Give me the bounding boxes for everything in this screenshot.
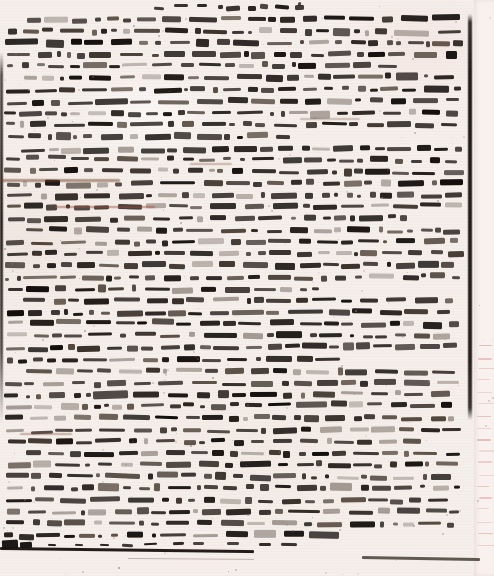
ink-blob <box>158 381 183 386</box>
ink-blob <box>211 438 225 442</box>
margin-bleed-streak <box>479 475 494 476</box>
ink-blob <box>26 286 49 292</box>
ink-blob <box>361 475 367 479</box>
ink-blob <box>77 369 93 372</box>
ink-blob <box>281 543 297 546</box>
ink-blob <box>146 240 156 244</box>
ink-blob <box>55 192 78 200</box>
ink-blob <box>225 287 250 293</box>
ink-blob <box>237 74 262 79</box>
ink-blob <box>310 333 317 337</box>
ink-blob <box>327 438 332 444</box>
ink-blob <box>39 168 58 171</box>
ink-blob <box>395 344 415 351</box>
noise-speck <box>113 537 115 539</box>
noise-speck <box>412 58 414 60</box>
ink-blob <box>240 158 245 161</box>
ink-blob <box>403 321 414 326</box>
ink-blob <box>81 510 85 515</box>
ink-blob <box>401 15 428 22</box>
ink-blob <box>408 41 424 44</box>
ink-blob <box>341 264 360 269</box>
ink-blob <box>8 288 23 291</box>
ink-blob <box>269 250 291 255</box>
noise-speck <box>4 248 6 250</box>
ink-blob <box>162 356 169 361</box>
ink-blob <box>44 485 64 490</box>
ink-blob <box>62 358 78 362</box>
ink-blob <box>454 87 461 91</box>
noise-speck <box>278 158 280 160</box>
noise-speck <box>12 527 14 529</box>
ink-blob <box>165 27 188 33</box>
ink-blob <box>56 319 81 324</box>
ink-blob <box>76 441 92 444</box>
ink-blob <box>173 228 183 232</box>
ink-blob <box>430 273 445 279</box>
ink-blob <box>404 451 409 457</box>
ink-blob <box>142 261 166 267</box>
margin-bleed-streak <box>479 345 492 346</box>
ink-blob <box>137 227 152 232</box>
ink-blob <box>152 63 172 67</box>
ink-blob <box>117 156 138 162</box>
text-line <box>0 296 494 307</box>
ink-blob <box>414 333 430 338</box>
ink-blob <box>270 112 274 116</box>
ink-blob <box>60 28 84 32</box>
ink-blob <box>267 181 284 185</box>
ink-blob <box>248 87 258 92</box>
noise-speck <box>50 315 51 316</box>
ink-blob <box>47 358 56 362</box>
ink-blob <box>418 261 439 268</box>
ink-blob <box>305 192 313 198</box>
ink-blob <box>430 157 440 163</box>
ink-blob <box>6 157 20 160</box>
noise-speck <box>3 527 5 529</box>
ink-blob <box>232 310 264 316</box>
noise-speck <box>238 136 239 137</box>
ink-blob <box>287 75 299 81</box>
ink-blob <box>174 4 188 7</box>
ink-blob <box>7 311 24 317</box>
ink-blob <box>7 332 27 336</box>
ink-blob <box>223 486 237 490</box>
ink-blob <box>437 310 450 314</box>
ink-blob <box>112 405 122 410</box>
ink-blob <box>309 531 339 539</box>
text-line <box>0 249 494 258</box>
ink-blob <box>75 544 83 546</box>
ink-blob <box>169 204 188 208</box>
ink-blob <box>403 438 421 443</box>
ink-blob <box>45 111 57 115</box>
text-line <box>0 72 494 83</box>
ink-blob <box>152 533 156 537</box>
ink-blob <box>449 510 459 513</box>
ink-blob <box>184 88 188 91</box>
ink-blob <box>130 135 138 140</box>
ink-blob <box>448 416 454 421</box>
ink-blob <box>158 168 168 172</box>
ink-blob <box>373 345 392 348</box>
ink-blob <box>23 299 45 303</box>
ink-blob <box>388 52 405 56</box>
ink-blob <box>68 299 79 302</box>
ink-blob <box>364 414 375 419</box>
ink-blob <box>418 521 441 524</box>
ink-blob <box>123 415 150 421</box>
ink-blob <box>94 157 109 161</box>
ink-blob <box>243 332 263 339</box>
ink-blob <box>229 416 239 422</box>
ink-blob <box>421 274 426 278</box>
ink-blob <box>203 29 227 34</box>
noise-speck <box>437 473 439 475</box>
ink-blob <box>166 462 191 468</box>
ink-blob <box>369 274 394 279</box>
ink-blob <box>421 194 442 198</box>
ink-blob <box>46 39 64 48</box>
ink-blob <box>420 344 440 349</box>
noise-speck <box>459 510 461 512</box>
ink-blob <box>370 475 387 480</box>
ink-blob <box>56 368 74 374</box>
ink-blob <box>52 511 76 514</box>
ink-blob <box>280 17 295 23</box>
ink-blob <box>228 97 248 103</box>
ink-blob <box>382 451 398 455</box>
noise-speck <box>338 239 339 240</box>
ink-blob <box>75 217 101 223</box>
ink-blob <box>55 463 80 467</box>
ink-blob <box>234 145 257 151</box>
bottom-rule-left <box>0 547 254 553</box>
noise-speck <box>401 137 402 138</box>
ink-blob <box>219 261 235 267</box>
ink-blob <box>390 499 403 504</box>
ink-blob <box>8 136 24 140</box>
ink-blob <box>432 370 455 374</box>
ink-blob <box>371 426 395 433</box>
ink-blob <box>6 405 32 410</box>
ink-blob <box>179 217 193 220</box>
margin-bleed-streak <box>477 416 491 417</box>
ink-blob <box>431 390 450 397</box>
text-line <box>0 388 494 400</box>
ink-blob <box>26 395 30 398</box>
ink-blob <box>434 147 448 150</box>
noise-speck <box>235 569 237 571</box>
ink-blob <box>288 310 323 314</box>
ink-blob <box>189 17 217 23</box>
ink-blob <box>383 241 387 244</box>
ink-blob <box>379 227 383 233</box>
ink-blob <box>254 414 270 419</box>
ink-blob <box>334 440 354 443</box>
noise-speck <box>238 338 239 339</box>
noise-speck <box>84 330 86 332</box>
ink-blob <box>255 123 265 127</box>
ink-blob <box>296 402 327 408</box>
ink-blob <box>124 263 138 269</box>
ink-blob <box>38 52 52 58</box>
ink-blob <box>320 426 342 433</box>
noise-speck <box>318 182 319 183</box>
ink-blob <box>260 485 269 492</box>
ink-blob <box>327 159 336 162</box>
ink-blob <box>352 110 375 115</box>
ink-blob <box>455 146 462 151</box>
margin-bleed-streak <box>479 450 494 452</box>
ink-blob <box>336 251 352 255</box>
noise-speck <box>57 314 59 316</box>
ink-blob <box>111 38 132 45</box>
ink-blob <box>375 335 387 338</box>
ink-blob <box>233 474 243 478</box>
ink-blob <box>223 157 231 160</box>
ink-blob <box>300 439 318 444</box>
ink-blob <box>390 321 400 326</box>
ink-blob <box>285 344 300 349</box>
ink-blob <box>448 250 464 257</box>
ink-blob <box>70 65 80 68</box>
ink-blob <box>420 203 441 207</box>
ink-blob <box>361 323 386 328</box>
ink-blob <box>234 439 244 445</box>
ink-blob <box>382 251 402 254</box>
ink-blob <box>73 313 83 316</box>
ink-blob <box>93 390 128 399</box>
ink-blob <box>259 509 271 514</box>
noise-speck <box>78 89 80 91</box>
ink-blob <box>302 145 310 150</box>
ink-blob <box>55 285 66 291</box>
ink-blob <box>182 121 194 127</box>
ink-blob <box>158 101 189 105</box>
ink-blob <box>284 530 304 536</box>
ink-blob <box>212 145 229 151</box>
ink-blob <box>324 16 345 20</box>
ink-blob <box>28 438 52 444</box>
ink-blob <box>130 122 163 127</box>
ink-blob <box>170 41 190 44</box>
ink-blob <box>221 520 244 527</box>
ink-blob <box>161 345 180 350</box>
ink-blob <box>152 319 174 326</box>
ink-blob <box>169 510 190 514</box>
ink-blob <box>247 299 251 305</box>
ink-blob <box>254 287 276 290</box>
ink-blob <box>260 4 268 10</box>
ink-blob <box>164 51 185 57</box>
ink-blob <box>206 277 222 281</box>
noise-speck <box>438 428 439 429</box>
ink-blob <box>403 275 419 280</box>
ink-blob <box>5 381 22 385</box>
ink-blob <box>279 171 299 174</box>
ink-blob <box>100 544 109 546</box>
ink-blob <box>64 167 78 173</box>
ink-blob <box>166 450 185 455</box>
ink-blob <box>171 427 177 431</box>
ink-blob <box>307 169 328 175</box>
ink-blob <box>261 191 265 197</box>
ink-blob <box>83 63 107 69</box>
ink-blob <box>182 192 189 198</box>
ink-blob <box>306 369 329 374</box>
ink-blob <box>90 496 120 502</box>
ink-blob <box>6 89 30 93</box>
ink-blob <box>232 168 243 174</box>
ink-blob <box>374 464 382 468</box>
ink-blob <box>258 499 273 502</box>
ink-blob <box>245 497 252 504</box>
ink-blob <box>172 241 195 245</box>
ink-blob <box>162 16 181 22</box>
ink-blob <box>193 542 204 545</box>
ink-blob <box>30 168 36 174</box>
accent-streak <box>0 179 120 182</box>
right-margin-rule <box>468 14 472 420</box>
ink-blob <box>169 264 185 269</box>
ink-blob <box>68 345 75 351</box>
ink-blob <box>383 111 401 114</box>
ink-blob <box>67 52 71 58</box>
ink-blob <box>183 158 194 161</box>
ink-blob <box>319 333 342 337</box>
margin-bleed-streak <box>478 358 492 360</box>
ink-blob <box>82 88 107 91</box>
ink-blob <box>174 133 191 140</box>
ink-blob <box>297 463 314 466</box>
accent-streak <box>190 163 232 165</box>
ink-blob <box>246 485 254 490</box>
ink-blob <box>426 508 447 512</box>
ink-blob <box>219 251 239 257</box>
ink-blob <box>123 18 131 22</box>
ink-blob <box>168 393 188 397</box>
ink-blob <box>387 262 391 267</box>
ink-blob <box>86 226 109 233</box>
noise-speck <box>130 250 132 252</box>
ink-blob <box>60 77 64 81</box>
ink-blob <box>248 274 260 278</box>
ink-blob <box>438 30 461 34</box>
ink-blob <box>247 132 268 139</box>
ink-blob <box>181 473 196 477</box>
text-line <box>0 132 494 141</box>
ink-blob <box>423 322 442 329</box>
ink-blob <box>132 284 136 291</box>
ink-blob <box>371 204 389 207</box>
noise-speck <box>96 189 98 191</box>
ink-blob <box>173 169 179 174</box>
ink-blob <box>212 450 224 456</box>
ink-blob <box>253 181 262 186</box>
ink-blob <box>380 310 402 316</box>
noise-speck <box>387 169 389 171</box>
ink-blob <box>152 54 159 57</box>
ink-blob <box>86 251 103 254</box>
ink-blob <box>95 242 107 246</box>
ink-blob <box>357 439 372 444</box>
ink-blob <box>33 461 51 468</box>
noise-speck <box>366 255 368 257</box>
ink-blob <box>375 146 385 149</box>
ink-blob <box>323 263 339 266</box>
noise-speck <box>414 132 416 134</box>
ink-blob <box>4 111 16 114</box>
ink-blob <box>432 14 460 21</box>
ink-blob <box>8 218 25 222</box>
ink-blob <box>282 381 289 386</box>
noise-speck <box>7 530 8 531</box>
ink-blob <box>168 487 191 490</box>
noise-speck <box>488 400 490 402</box>
ink-blob <box>95 438 121 443</box>
ink-blob <box>243 262 268 268</box>
ink-blob <box>353 62 371 68</box>
ink-blob <box>127 532 143 538</box>
ink-blob <box>316 29 329 32</box>
text-line <box>0 379 494 388</box>
noise-speck <box>220 475 221 476</box>
ink-blob <box>446 98 459 101</box>
ink-blob <box>95 98 128 105</box>
ink-blob <box>321 275 327 281</box>
ink-blob <box>349 510 373 514</box>
ink-blob <box>220 498 241 504</box>
ink-blob <box>36 533 60 537</box>
ink-blob <box>111 29 117 32</box>
ink-blob <box>332 170 337 174</box>
noise-speck <box>247 404 249 406</box>
margin-bleed-streak <box>479 368 494 369</box>
ink-blob <box>82 405 88 411</box>
noise-speck <box>442 533 444 535</box>
ink-blob <box>364 180 372 184</box>
ink-blob <box>276 332 302 339</box>
text-line <box>0 26 494 36</box>
ink-blob <box>199 460 219 466</box>
accent-streak <box>300 118 360 120</box>
ink-blob <box>51 311 60 316</box>
ink-blob <box>27 17 41 22</box>
ink-blob <box>431 416 446 421</box>
ink-blob <box>358 75 383 79</box>
ink-blob <box>341 241 353 245</box>
ink-blob <box>360 250 377 256</box>
text-line <box>0 261 494 270</box>
ink-blob <box>134 242 140 247</box>
ink-blob <box>325 63 350 68</box>
ink-blob <box>35 89 57 93</box>
ink-blob <box>193 509 198 513</box>
ink-blob <box>433 333 450 339</box>
ink-blob <box>337 476 359 480</box>
ink-blob <box>71 157 89 160</box>
ink-blob <box>409 109 416 115</box>
ink-blob <box>151 511 166 514</box>
ink-blob <box>176 323 191 326</box>
ink-blob <box>360 381 368 387</box>
ink-blob <box>172 299 184 305</box>
ink-blob <box>267 333 274 337</box>
ink-blob <box>160 427 167 433</box>
ink-blob <box>258 216 282 221</box>
